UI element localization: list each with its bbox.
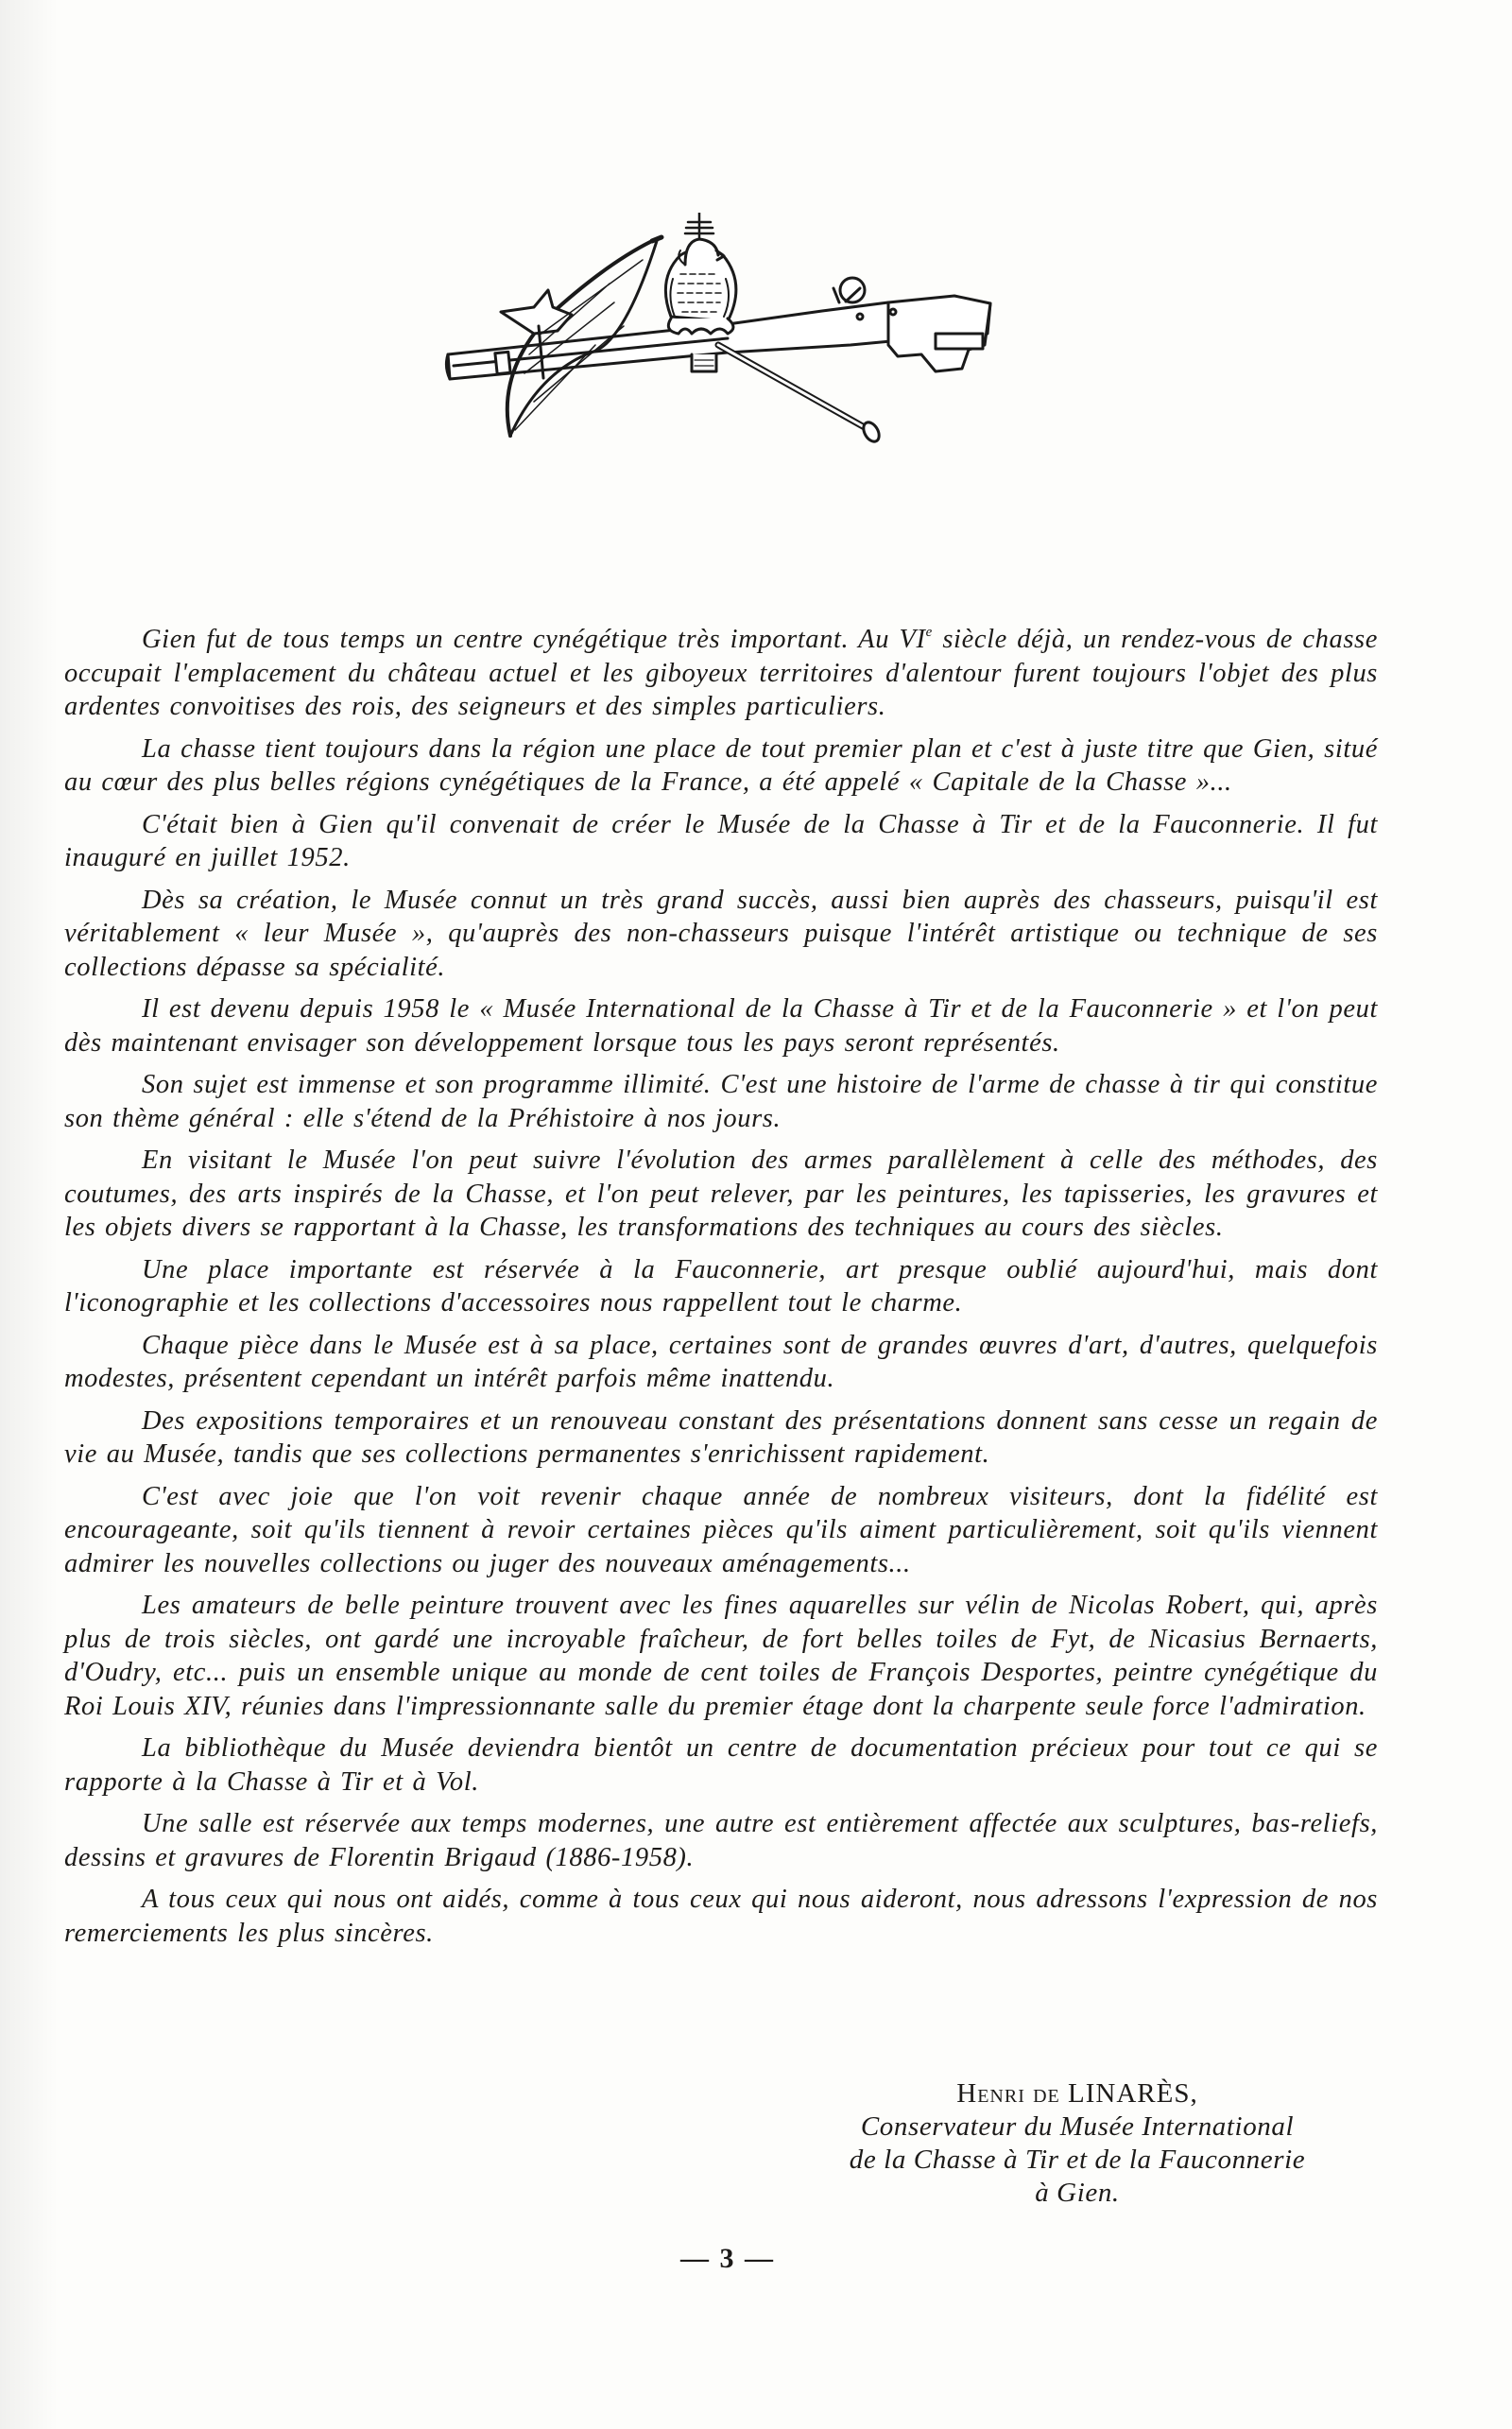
paragraph: C'est avec joie que l'on voit revenir ch… (64, 1480, 1378, 1581)
paragraph: Il est devenu depuis 1958 le « Musée Int… (64, 992, 1378, 1059)
paragraph: Les amateurs de belle peinture trouvent … (64, 1589, 1378, 1723)
falcon-crossbow-gun-emblem-icon (444, 213, 1011, 449)
paragraph: Son sujet est immense et son programme i… (64, 1068, 1378, 1135)
paragraph: C'était bien à Gien qu'il convenait de c… (64, 808, 1378, 875)
paragraph: Gien fut de tous temps un centre cynégét… (64, 616, 1378, 724)
paragraph: Des expositions temporaires et un renouv… (64, 1404, 1378, 1472)
author-particle: de (1033, 2078, 1060, 2109)
author-first-name: Henri (956, 2078, 1025, 2109)
paragraph: Dès sa création, le Musée connut un très… (64, 884, 1378, 985)
paragraph: La chasse tient toujours dans la région … (64, 732, 1378, 800)
author-name: Henri de LINARÈS, (770, 2077, 1384, 2110)
body-text: Gien fut de tous temps un centre cynégét… (64, 616, 1378, 1958)
page-number: — 3 — (652, 2243, 803, 2275)
paragraph-text: Gien fut de tous temps un centre cynégét… (142, 625, 926, 654)
paragraph: La bibliothèque du Musée deviendra bient… (64, 1731, 1378, 1799)
author-title-line: de la Chasse à Tir et de la Fauconnerie (770, 2144, 1384, 2177)
paragraph: Une place importante est réservée à la F… (64, 1253, 1378, 1320)
signature-block: Henri de LINARÈS, Conservateur du Musée … (770, 2077, 1384, 2210)
page-edge-shadow (0, 0, 59, 2429)
author-surname: LINARÈS, (1068, 2078, 1198, 2109)
superscript: e (926, 625, 933, 640)
author-title-line: Conservateur du Musée International (770, 2110, 1384, 2144)
paragraph: Une salle est réservée aux temps moderne… (64, 1807, 1378, 1874)
paragraph: A tous ceux qui nous ont aidés, comme à … (64, 1883, 1378, 1950)
author-title-line: à Gien. (770, 2177, 1384, 2210)
paragraph: Chaque pièce dans le Musée est à sa plac… (64, 1329, 1378, 1396)
paragraph: En visitant le Musée l'on peut suivre l'… (64, 1144, 1378, 1245)
